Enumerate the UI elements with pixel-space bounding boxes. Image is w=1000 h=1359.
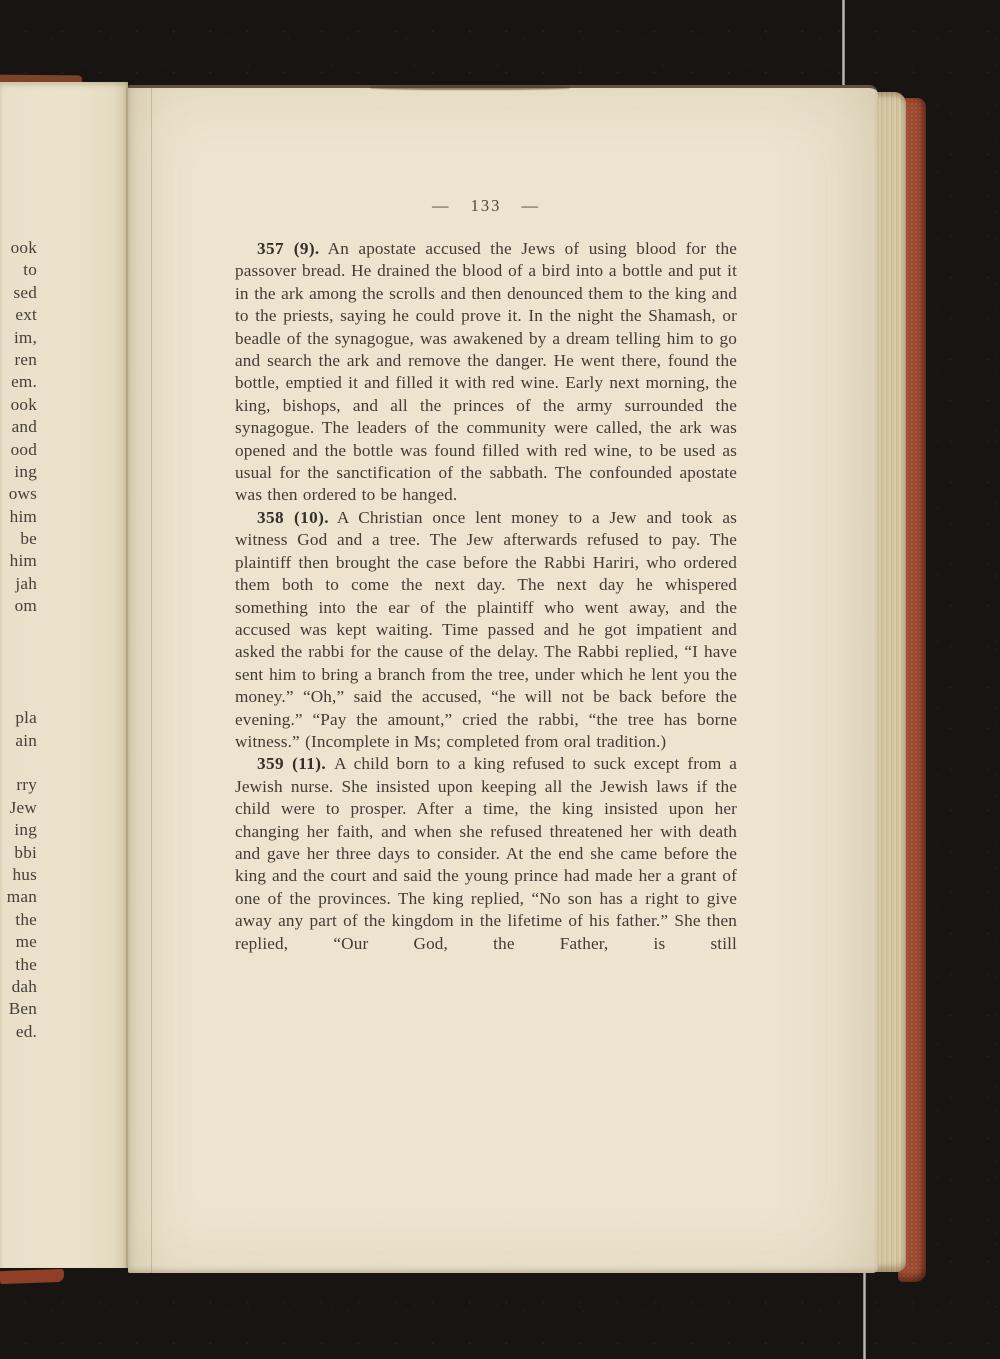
previous-page-text-fragment: em. [0,371,37,393]
paragraph-359-text: A child born to a king refused to suck e… [235,754,737,952]
previous-page-text-fragment: hus [0,864,37,886]
previous-page-text-fragment: rry [0,774,37,796]
previous-page-text-fragment: ext [0,304,37,326]
book-cradle-strap-bottom [863,1268,866,1359]
page-top-edge-shadow [370,85,570,90]
previous-page-text-fragment: Jew [0,797,37,819]
previous-page-text-fragment: Ben [0,998,37,1020]
previous-page-text-fragment: ing [0,461,37,483]
previous-page-text-fragment: the [0,909,37,931]
previous-page-text-fragment: dah [0,976,37,998]
paragraph-359-label: 359 (11). [257,754,334,773]
previous-page-text-fragment: im, [0,327,37,349]
previous-page-text-fragment: ood [0,439,37,461]
paragraph-358-label: 358 (10). [257,508,337,527]
paragraph-358-text: A Christian once lent money to a Jew and… [235,508,737,751]
paragraph-357: 357 (9).An apostate accused the Jews of … [235,238,737,507]
previous-page-text-fragment [0,640,37,662]
paragraph-359: 359 (11).A child born to a king refused … [235,753,737,955]
previous-page-text-fragment: ain [0,730,37,752]
previous-page-text-fragment: him [0,550,37,572]
previous-page-text-fragment: ed. [0,1021,37,1043]
previous-page-text-fragment: ook [0,237,37,259]
previous-page-text-fragment [0,662,37,684]
paragraph-358: 358 (10).A Christian once lent money to … [235,507,737,753]
page-body-text: 357 (9).An apostate accused the Jews of … [235,238,737,955]
book-cradle-strap-top [842,0,845,90]
book-photograph: ooktosedextim,renem.ookandoodingowshimbe… [0,0,1000,1359]
paragraph-357-text: An apostate accused the Jews of using bl… [235,239,737,504]
previous-page-text-fragment [0,752,37,774]
previous-page-edge: ooktosedextim,renem.ookandoodingowshimbe… [0,82,128,1268]
previous-page-text-fragment: me [0,931,37,953]
previous-page-text-fragment [0,685,37,707]
previous-page-text-fragments: ooktosedextim,renem.ookandoodingowshimbe… [0,237,37,1043]
previous-page-text-fragment: the [0,954,37,976]
previous-page-text-fragment: bbi [0,842,37,864]
previous-page-text-fragment: ren [0,349,37,371]
previous-page-text-fragment: him [0,506,37,528]
previous-page-text-fragment: man [0,886,37,908]
previous-page-text-fragment: and [0,416,37,438]
book-page: — 133 — 357 (9).An apostate accused the … [128,85,878,1273]
page-number: — 133 — [235,196,737,216]
book-cover-sliver-bottom-left [0,1269,64,1284]
paragraph-357-label: 357 (9). [257,239,328,258]
previous-page-text-fragment: pla [0,707,37,729]
previous-page-text-fragment: ing [0,819,37,841]
previous-page-text-fragment: jah [0,573,37,595]
stacked-page-edges [874,92,906,1272]
previous-page-text-fragment [0,618,37,640]
previous-page-text-fragment: ook [0,394,37,416]
previous-page-text-fragment: be [0,528,37,550]
previous-page-text-fragment: sed [0,282,37,304]
previous-page-text-fragment: om [0,595,37,617]
previous-page-text-fragment: ows [0,483,37,505]
previous-page-text-fragment: to [0,259,37,281]
